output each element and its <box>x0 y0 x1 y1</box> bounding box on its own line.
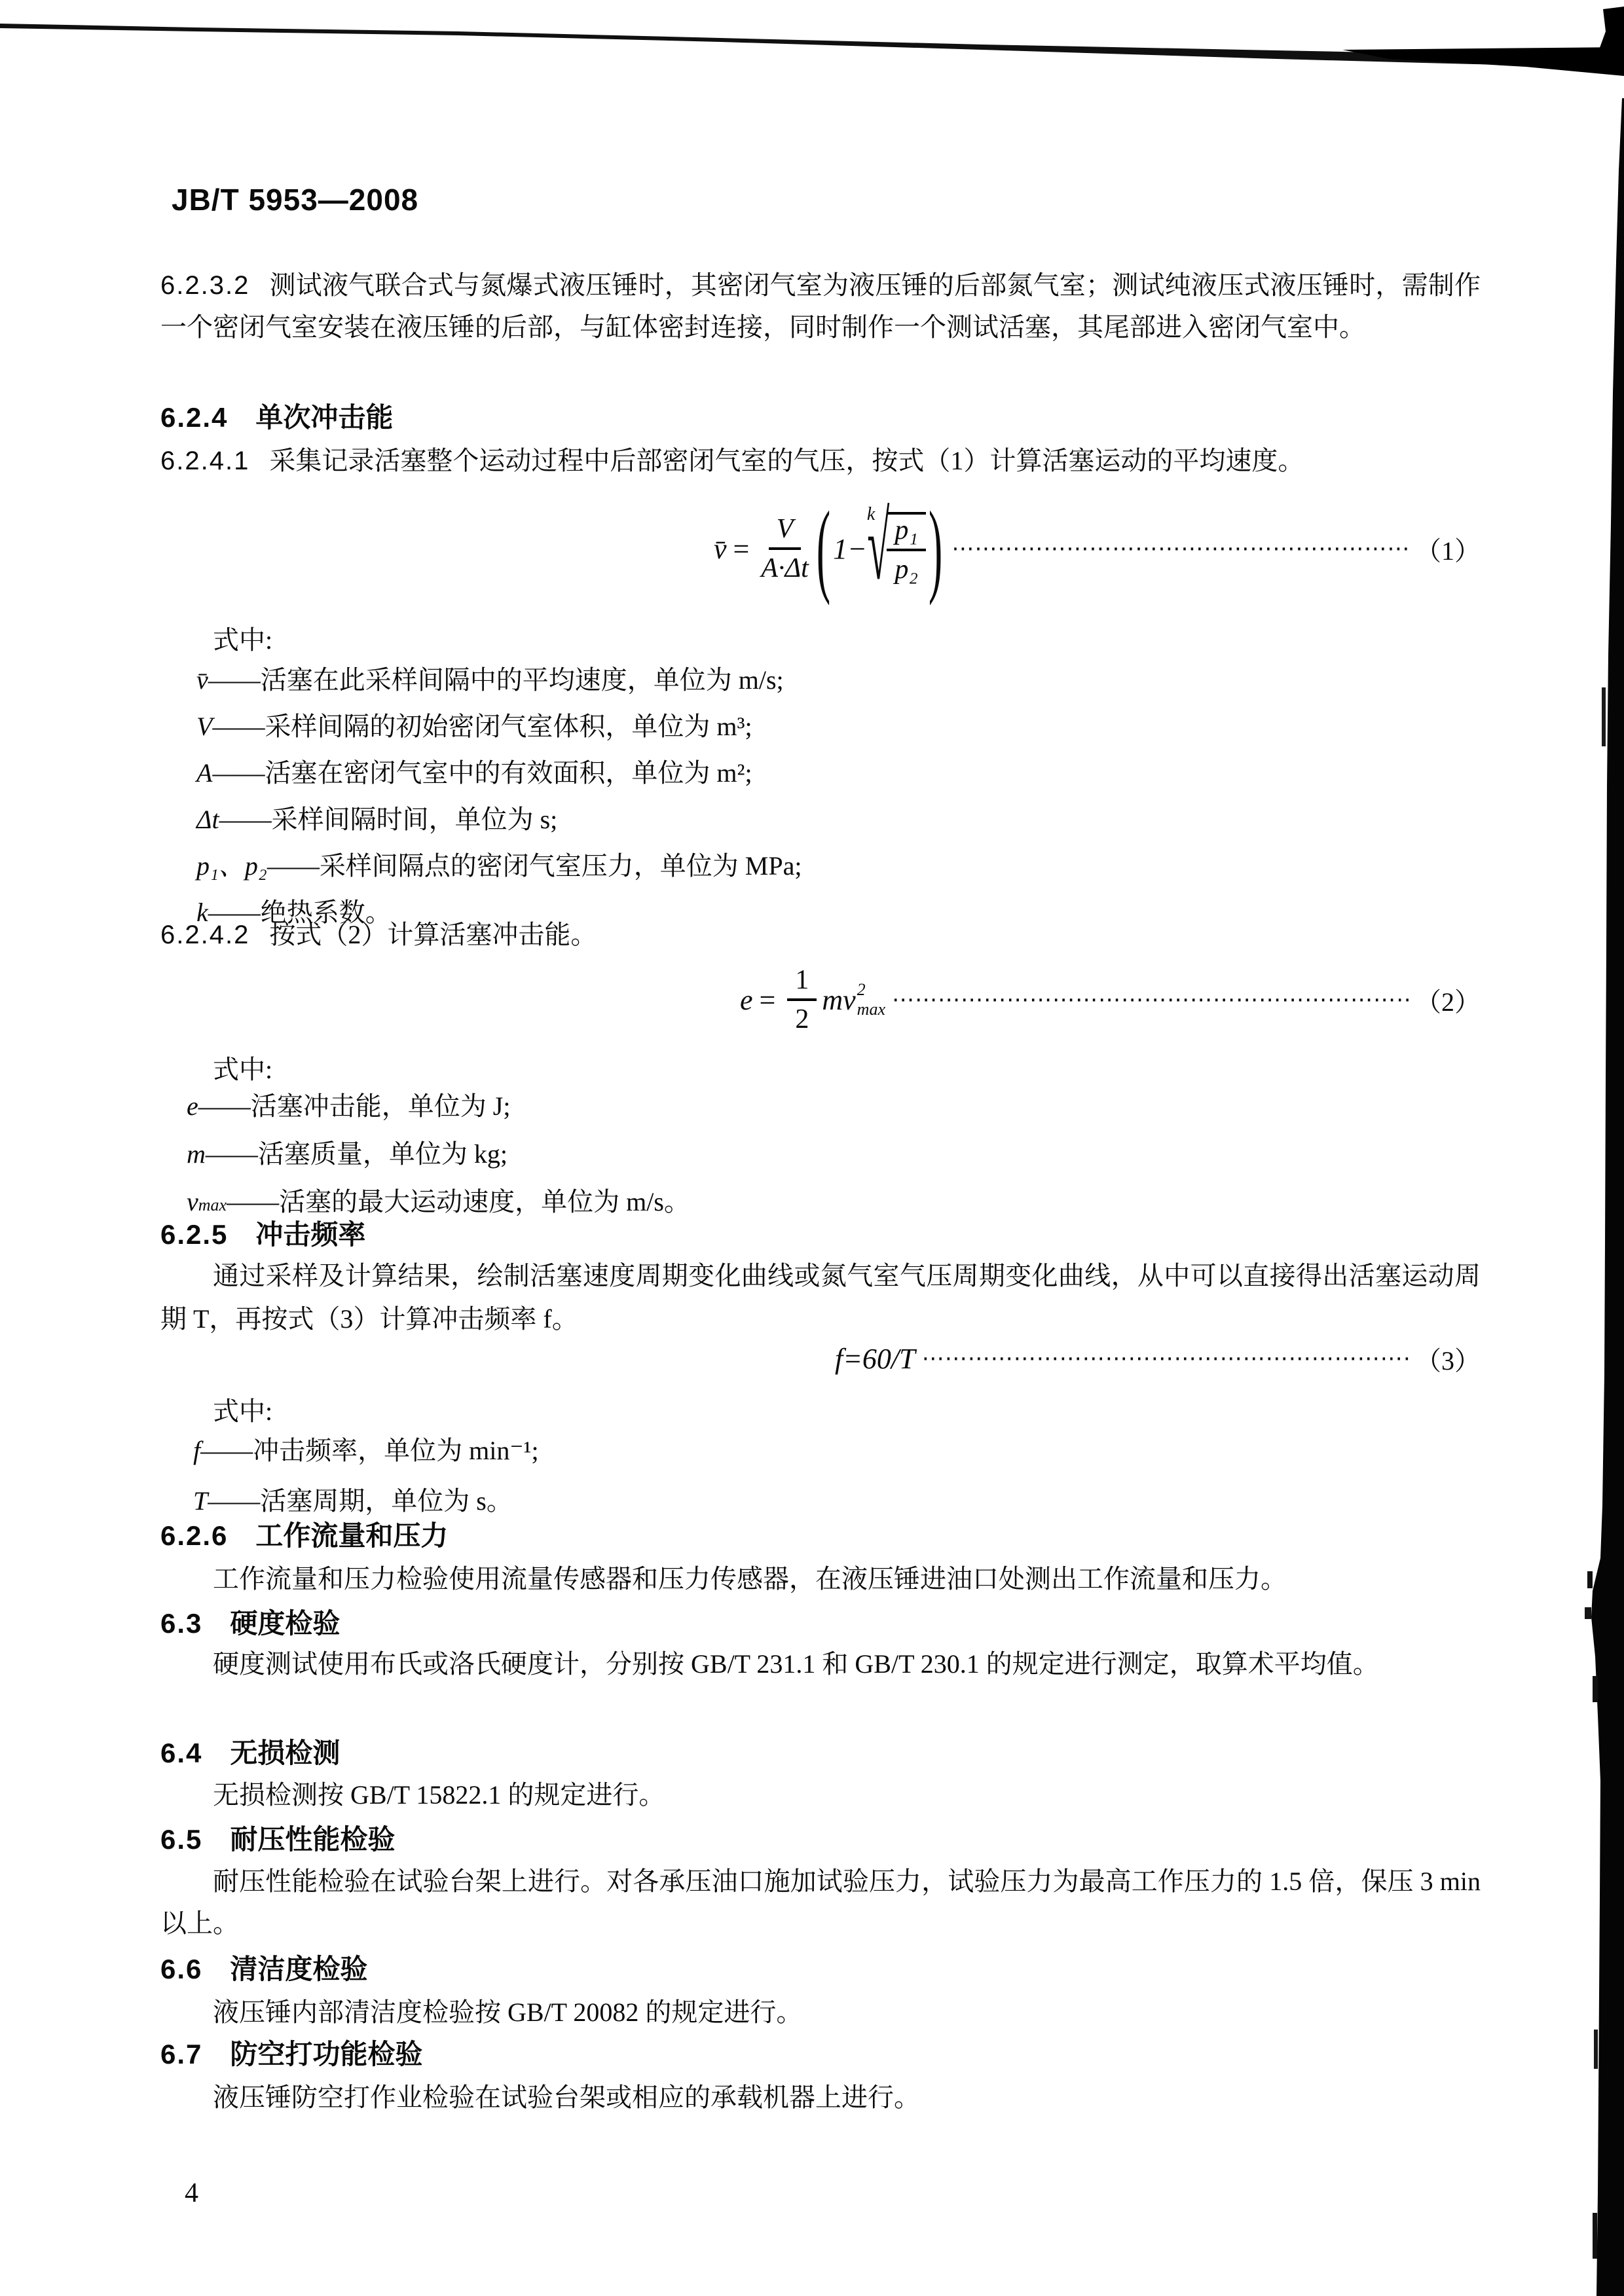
scanned-document-page: { "page": { "standard_number": "JB/T 595… <box>0 0 1624 2296</box>
definition-row: f——冲击频率，单位为 min⁻¹; <box>193 1427 539 1478</box>
formula-3-expression: f=60/T <box>835 1342 915 1376</box>
definition-text: ——活塞质量，单位为 kg; <box>206 1139 507 1169</box>
definition-text: ——采样间隔时间，单位为 s; <box>219 805 558 834</box>
formula-3: f=60/T ⋯⋯⋯⋯⋯⋯⋯⋯⋯⋯⋯⋯⋯⋯⋯⋯⋯⋯⋯⋯⋯⋯⋯⋯⋯⋯ （3） <box>160 1336 1481 1381</box>
heading-title: 冲击频率 <box>255 1219 365 1250</box>
dot-leader: ⋯⋯⋯⋯⋯⋯⋯⋯⋯⋯⋯⋯⋯⋯⋯⋯⋯⋯⋯⋯⋯⋯⋯⋯⋯⋯ <box>951 536 1409 562</box>
paragraph-6-2-6: 工作流量和压力检验使用流量传感器和压力传感器，在液压锤进油口处测出工作流量和压力… <box>160 1558 1481 1600</box>
heading-title: 无损检测 <box>230 1738 340 1768</box>
formula-1-expression: v̄ = V A·Δt ( 1− k √ p₁ p₂ ) <box>714 512 945 586</box>
formula-3-label: （3） <box>1415 1340 1481 1377</box>
radical-sign: √ <box>867 500 889 595</box>
open-paren: ( <box>817 496 830 601</box>
heading-title: 硬度检验 <box>230 1608 340 1639</box>
energy-symbol: e <box>740 983 753 1017</box>
paragraph-6-2-4-2: 6.2.4.2按式（2）计算活塞冲击能。 <box>160 914 1481 956</box>
heading-number: 6.7 <box>160 2039 202 2069</box>
heading-6-2-5: 6.2.5冲击频率 <box>160 1215 365 1254</box>
symbol: f <box>193 1436 200 1465</box>
standard-number: JB/T 5953—2008 <box>172 182 418 217</box>
formula-2-expression: e = 1 2 m v 2 max <box>740 964 885 1036</box>
symbol: Δt <box>196 805 219 834</box>
superscript-2: 2 <box>857 980 866 1000</box>
dot-leader: ⋯⋯⋯⋯⋯⋯⋯⋯⋯⋯⋯⋯⋯⋯⋯⋯⋯⋯⋯⋯⋯⋯⋯⋯⋯⋯ <box>922 1345 1409 1372</box>
kth-root: k √ p₁ p₂ <box>867 512 926 586</box>
fraction-numerator: 1 <box>787 964 817 1001</box>
heading-6-6: 6.6清洁度检验 <box>160 1950 367 1989</box>
paragraph-6-2-3-2: 6.2.3.2测试液气联合式与氮爆式液压锤时，其密闭气室为液压锤的后部氮气室；测… <box>160 264 1481 348</box>
heading-6-5: 6.5耐压性能检验 <box>160 1820 395 1859</box>
symbol-definitions-2: e——活塞冲击能，单位为 J; m——活塞质量，单位为 kg; vmax——活塞… <box>187 1084 690 1228</box>
symbol: m <box>187 1139 206 1169</box>
heading-title: 防空打功能检验 <box>230 2039 422 2069</box>
equals-sign: = <box>733 532 750 566</box>
definition-text: ——活塞周期，单位为 s。 <box>208 1486 513 1516</box>
where-label: 式中: <box>213 619 272 657</box>
symbol: V <box>196 712 212 741</box>
fraction-numerator: V <box>769 513 802 550</box>
symbol: e <box>187 1091 198 1121</box>
heading-number: 6.6 <box>160 1954 202 1984</box>
symbol: T <box>193 1486 208 1516</box>
definition-row: e——活塞冲击能，单位为 J; <box>187 1084 690 1132</box>
definition-text: ——活塞的最大运动速度，单位为 m/s。 <box>227 1187 690 1216</box>
velocity-symbol: v <box>843 983 856 1017</box>
paragraph-6-3: 硬度测试使用布氏或洛氏硬度计，分别按 GB/T 231.1 和 GB/T 230… <box>160 1643 1481 1685</box>
heading-6-2-6: 6.2.6工作流量和压力 <box>160 1516 448 1556</box>
definition-text: ——活塞冲击能，单位为 J; <box>198 1091 511 1121</box>
one-minus: 1− <box>833 532 867 566</box>
clause-number: 6.2.4.1 <box>160 446 249 475</box>
definition-row: A——活塞在密闭气室中的有效面积，单位为 m²; <box>196 752 802 798</box>
symbol-definitions-3: f——冲击频率，单位为 min⁻¹; T——活塞周期，单位为 s。 <box>193 1427 539 1528</box>
heading-6-3: 6.3硬度检验 <box>160 1604 340 1643</box>
symbol: v̄ <box>196 665 208 695</box>
definition-text: ——活塞在此采样间隔中的平均速度，单位为 m/s; <box>208 665 784 695</box>
page-number: 4 <box>185 2178 198 2209</box>
definition-text: ——活塞在密闭气室中的有效面积，单位为 m²; <box>212 758 752 788</box>
heading-title: 耐压性能检验 <box>230 1824 395 1855</box>
clause-number: 6.2.3.2 <box>160 271 249 300</box>
equals-sign: = <box>760 983 776 1017</box>
heading-number: 6.5 <box>160 1824 202 1855</box>
definition-row: v̄——活塞在此采样间隔中的平均速度，单位为 m/s; <box>196 659 802 705</box>
heading-number: 6.2.5 <box>160 1219 228 1250</box>
clause-text: 测试液气联合式与氮爆式液压锤时，其密闭气室为液压锤的后部氮气室；测试纯液压式液压… <box>160 270 1481 342</box>
subscript-max: max <box>857 1000 885 1019</box>
fraction: V A·Δt <box>761 513 808 585</box>
symbol-subscript: max <box>198 1195 227 1214</box>
symbol: p₁、p₂ <box>196 851 267 881</box>
scan-artifact-right-edge <box>1578 0 1624 2296</box>
paragraph-6-6: 液压锤内部清洁度检验按 GB/T 20082 的规定进行。 <box>160 1992 1481 2033</box>
heading-number: 6.3 <box>160 1608 202 1639</box>
squared-max: 2 max <box>857 980 885 1019</box>
paragraph-6-5: 耐压性能检验在试验台架上进行。对各承压油口施加试验压力，试验压力为最高工作压力的… <box>160 1861 1481 1944</box>
one-half-fraction: 1 2 <box>787 964 817 1036</box>
definition-text: ——采样间隔点的密闭气室压力，单位为 MPa; <box>267 851 802 881</box>
definition-text: ——冲击频率，单位为 min⁻¹; <box>200 1436 538 1465</box>
symbol: v <box>187 1187 198 1216</box>
formula-2: e = 1 2 m v 2 max ⋯⋯⋯⋯⋯⋯⋯⋯⋯⋯⋯⋯⋯⋯⋯⋯⋯⋯⋯⋯⋯⋯… <box>160 951 1481 1049</box>
clause-text: 采集记录活塞整个运动过程中后部密闭气室的气压，按式（1）计算活塞运动的平均速度。 <box>269 446 1304 475</box>
mass-symbol: m <box>822 983 843 1017</box>
clause-number: 6.2.4.2 <box>160 920 249 949</box>
definition-row: V——采样间隔的初始密闭气室体积，单位为 m³; <box>196 705 802 752</box>
pressure-ratio-fraction: p₁ p₂ <box>887 512 926 586</box>
definition-row: Δt——采样间隔时间，单位为 s; <box>196 798 802 845</box>
heading-number: 6.2.4 <box>160 402 228 433</box>
definition-text: ——采样间隔的初始密闭气室体积，单位为 m³; <box>212 712 752 741</box>
pressure-p2: p₂ <box>895 551 918 585</box>
symbol: A <box>196 758 212 788</box>
paragraph-6-7: 液压锤防空打作业检验在试验台架或相应的承载机器上进行。 <box>160 2077 1481 2119</box>
heading-6-2-4: 6.2.4单次冲击能 <box>160 398 393 437</box>
paragraph-6-4: 无损检测按 GB/T 15822.1 的规定进行。 <box>160 1774 1481 1816</box>
formula-1-label: （1） <box>1415 530 1481 568</box>
heading-number: 6.2.6 <box>160 1520 228 1551</box>
formula-2-label: （2） <box>1415 981 1481 1019</box>
mean-velocity-symbol: v̄ <box>714 532 727 566</box>
dot-leader: ⋯⋯⋯⋯⋯⋯⋯⋯⋯⋯⋯⋯⋯⋯⋯⋯⋯⋯⋯⋯⋯⋯⋯⋯⋯⋯ <box>892 987 1409 1013</box>
where-label: 式中: <box>213 1049 272 1086</box>
heading-6-4: 6.4无损检测 <box>160 1734 340 1773</box>
paragraph-6-2-4-1: 6.2.4.1采集记录活塞整个运动过程中后部密闭气室的气压，按式（1）计算活塞运… <box>160 440 1481 482</box>
where-label: 式中: <box>213 1391 272 1428</box>
definition-row: m——活塞质量，单位为 kg; <box>187 1132 690 1180</box>
fraction-denominator: A·Δt <box>761 550 808 584</box>
clause-text: 按式（2）计算活塞冲击能。 <box>269 920 597 949</box>
heading-6-7: 6.7防空打功能检验 <box>160 2035 422 2074</box>
heading-title: 单次冲击能 <box>255 402 393 433</box>
symbol-definitions-1: v̄——活塞在此采样间隔中的平均速度，单位为 m/s; V——采样间隔的初始密闭… <box>196 659 802 938</box>
fraction-denominator: 2 <box>795 1001 809 1035</box>
heading-number: 6.4 <box>160 1738 202 1768</box>
scan-artifact-top-line <box>0 0 1624 85</box>
formula-1: v̄ = V A·Δt ( 1− k √ p₁ p₂ ) ⋯⋯⋯⋯⋯⋯⋯⋯⋯⋯⋯… <box>160 483 1481 614</box>
paragraph-6-2-5: 通过采样及计算结果，绘制活塞速度周期变化曲线或氮气室气压周期变化曲线，从中可以直… <box>160 1254 1481 1341</box>
definition-row: p₁、p₂——采样间隔点的密闭气室压力，单位为 MPa; <box>196 845 802 891</box>
close-paren: ) <box>929 496 942 601</box>
heading-title: 清洁度检验 <box>230 1954 367 1984</box>
pressure-p1: p₁ <box>887 515 926 551</box>
heading-title: 工作流量和压力 <box>255 1520 448 1551</box>
